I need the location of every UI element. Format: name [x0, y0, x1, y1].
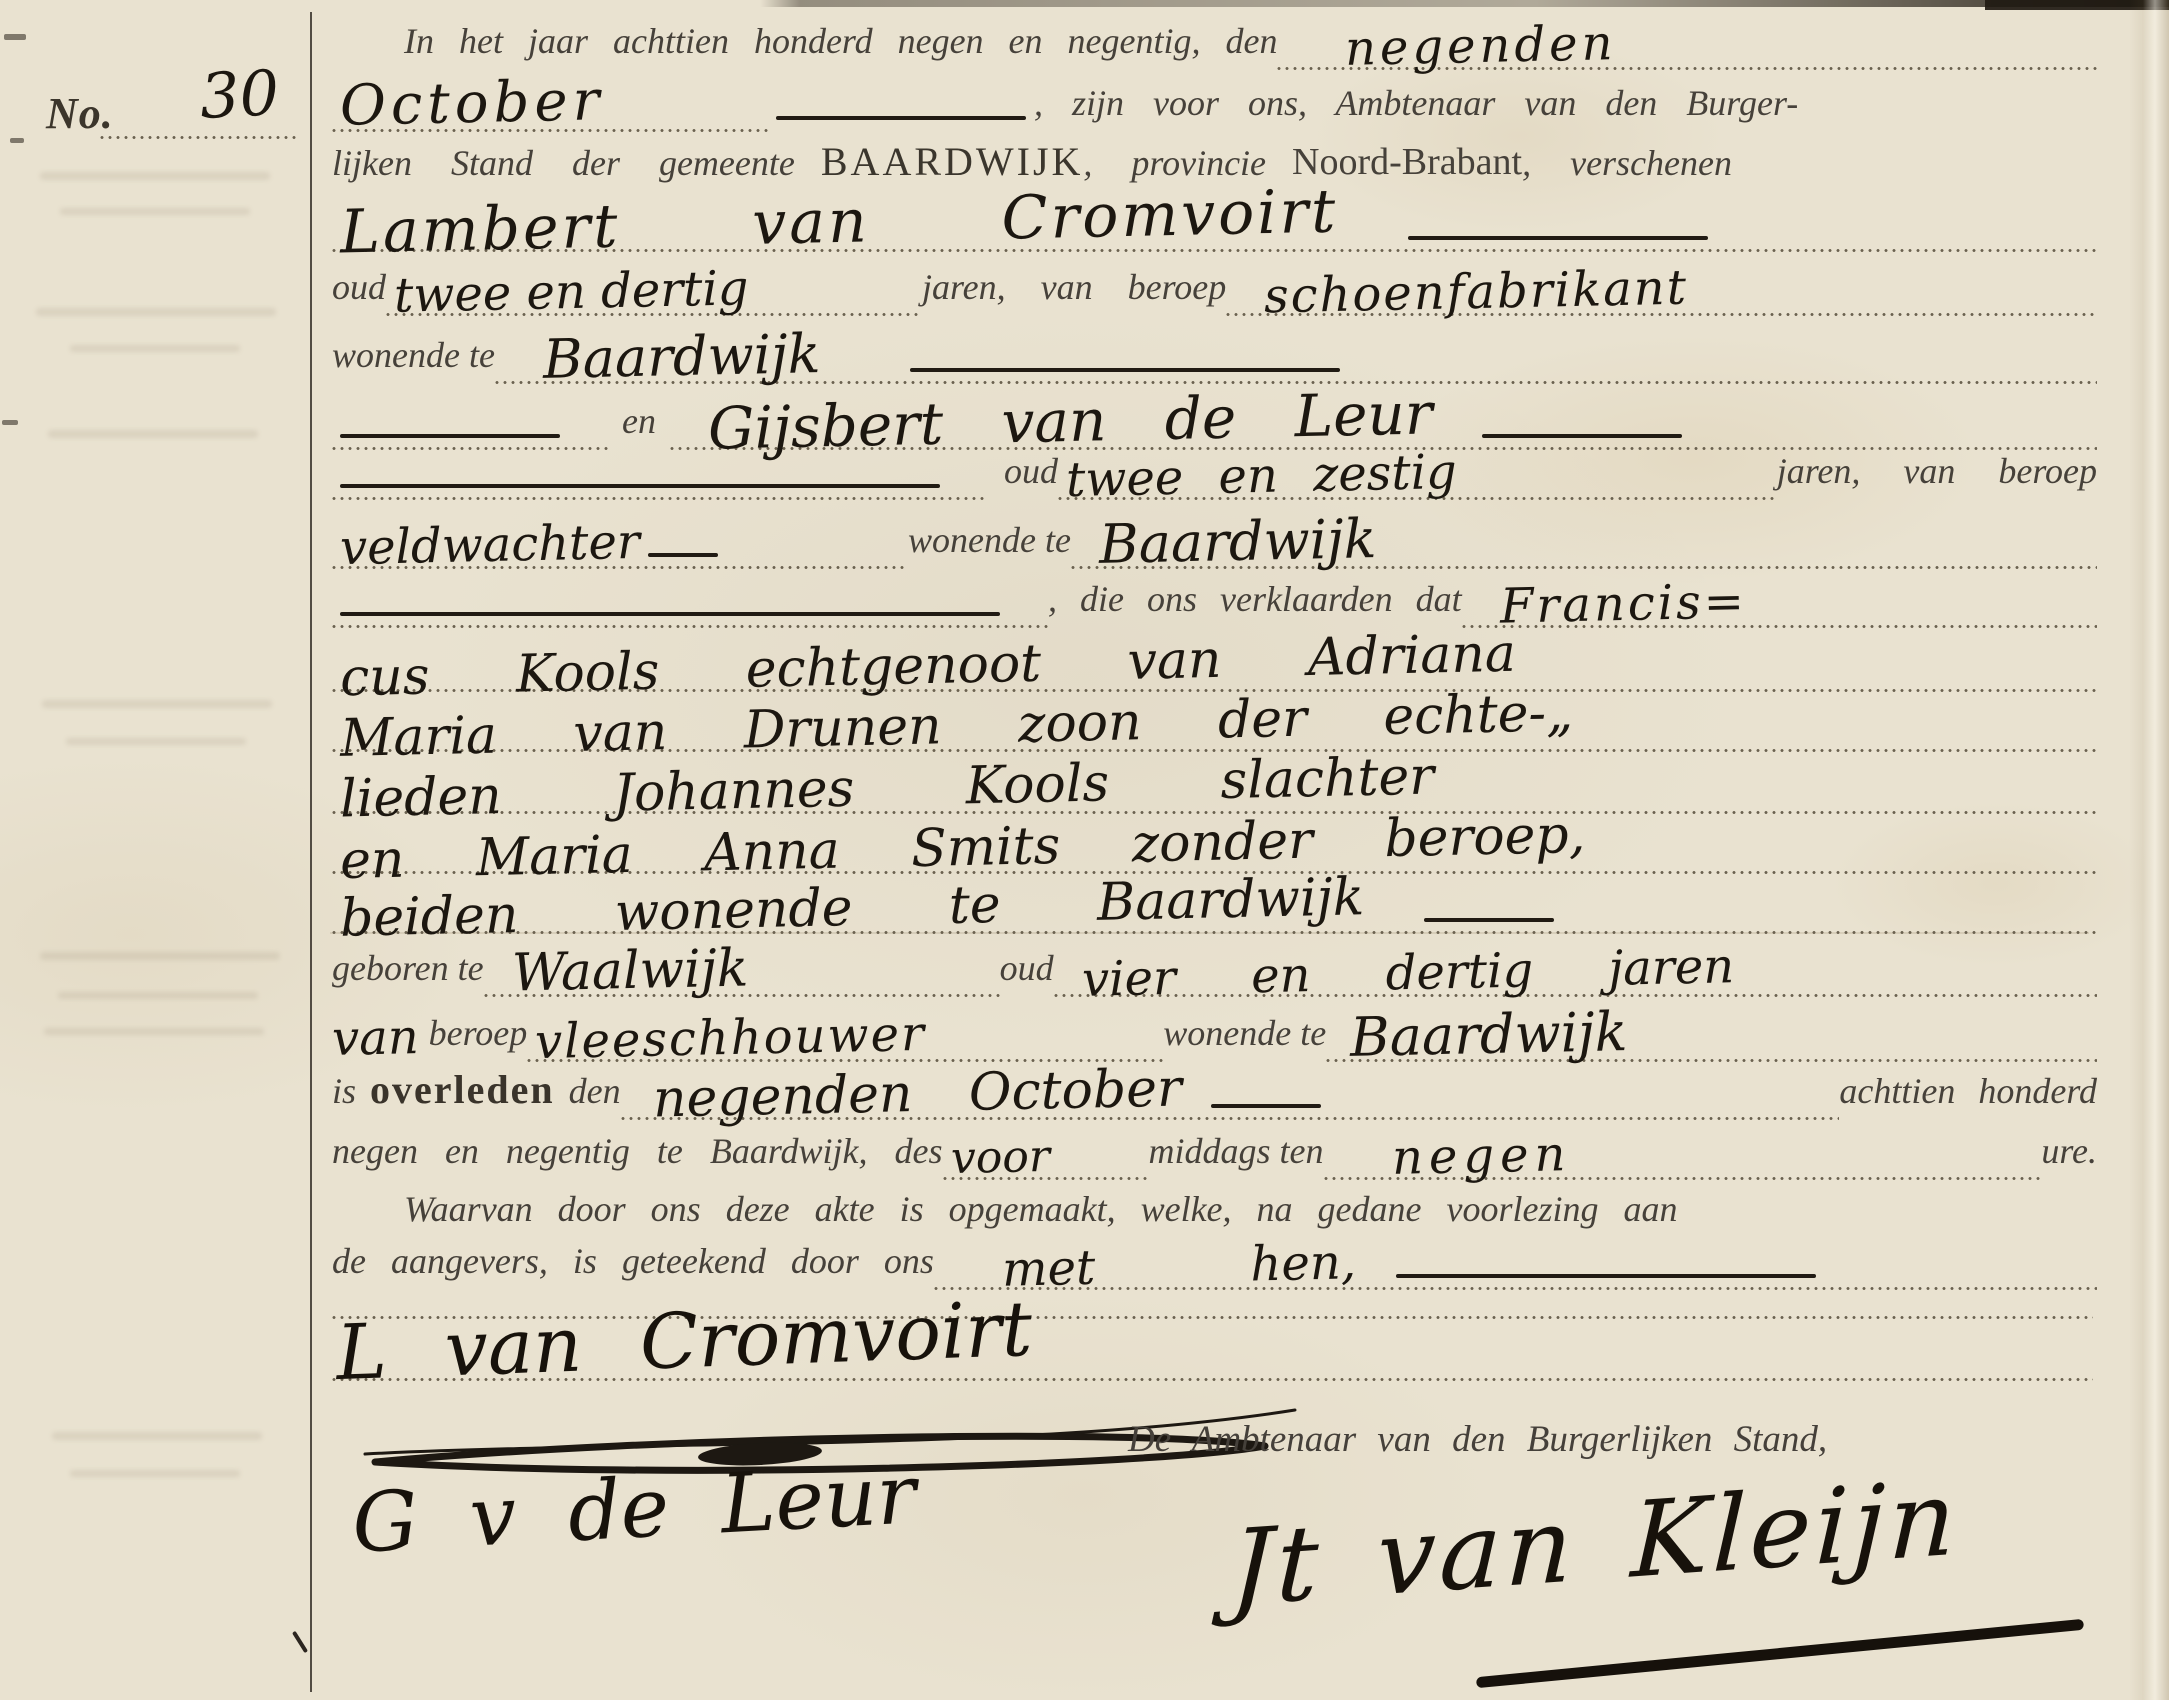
fill-in-occupation-1: schoenfabrikant [1226, 268, 2097, 316]
act-line-19: negen en negentig te Baardwijk, des voor… [332, 1132, 2097, 1180]
printed-text: oud [1004, 452, 1058, 500]
ink-stroke [340, 434, 560, 438]
act-line-17: van beroep vleeschhouwer wonende te Baar… [332, 1008, 2097, 1062]
registrar-signature-flourish [1476, 1619, 2084, 1688]
act-line-1: In het jaar achttien honderd negen en ne… [332, 22, 2097, 70]
act-line-15: beiden wonende te Baardwijk [332, 882, 2097, 934]
handwritten-hour: negen [1391, 1130, 1571, 1182]
handwritten-age-2: twee en zestig [1066, 448, 1458, 504]
ink-bleed [66, 738, 246, 745]
printed-text: en [622, 402, 656, 450]
printed-text: , verschenen [1522, 144, 1732, 192]
act-line-8: oud twee en zestig jaren, van beroep [332, 452, 2097, 500]
handwritten-daypart: voor [950, 1135, 1050, 1181]
printed-text: wonende te [908, 521, 1071, 569]
ink-stroke [340, 484, 940, 488]
printed-text: , die ons verklaarden dat [1048, 580, 1462, 628]
act-line-10: , die ons verklaarden dat Francis= [332, 580, 2097, 628]
declaration-line: en Maria Anna Smits zonder beroep, [332, 822, 2097, 874]
printed-text: geboren te [332, 949, 484, 997]
ink-stroke [1211, 1104, 1321, 1108]
death-certificate-scan: No. 30 In het jaar achttien honderd nege… [0, 0, 2169, 1700]
ink-bleed [48, 430, 258, 438]
act-line-18: is overleden den negenden October achtti… [332, 1068, 2097, 1120]
fill-in-hour: negen [1324, 1132, 2042, 1180]
act-line-6: wonende te Baardwijk [332, 330, 2097, 384]
fill-in-death-date: negenden October [621, 1068, 1840, 1120]
act-line-20: Waarvan door ons deze akte is opgemaakt,… [332, 1190, 2097, 1238]
act-line-11: cus Kools echtgenoot van Adriana [332, 640, 2097, 692]
ink-bleed [42, 700, 272, 708]
fill-in-declarant-2: Gijsbert van de Leur [670, 392, 2097, 450]
handwritten-occupation-1: schoenfabrikant [1264, 264, 1689, 321]
fill-in-signing-note: met hen, [934, 1242, 2097, 1290]
blank-filler [332, 484, 988, 500]
handwritten-death-date: negenden October [652, 1062, 1182, 1125]
ink-bleed [36, 308, 276, 316]
registrar-title: De Ambtenaar van den Burgerlijken Stand, [1128, 1418, 1827, 1461]
ink-bleed [40, 172, 270, 180]
fill-in-deceased-name-start: Francis= [1462, 580, 2097, 628]
fill-in-deceased-age: vier en dertig jaren [1054, 949, 2097, 997]
act-number-dotted-line [100, 136, 300, 139]
scan-speck [2, 420, 18, 425]
fill-in-declarant-1: Lambert van Cromvoirt [332, 192, 2097, 252]
act-line-13: lieden Johannes Kools slachter [332, 762, 2097, 814]
printed-text: jaren, van beroep [1777, 452, 2097, 500]
act-line-2: October , zijn voor ons, Ambtenaar van d… [332, 76, 2097, 132]
printed-text: achttien honderd [1839, 1072, 2097, 1120]
fill-in-residence-2: Baardwijk [1071, 515, 2097, 569]
paper-right-edge [2129, 0, 2169, 1700]
declaration-line: Maria van Drunen zoon der echte-„ [332, 700, 2097, 752]
printed-text: beroep [429, 1014, 528, 1062]
blank-filler [332, 434, 608, 450]
ink-stroke [1408, 236, 1708, 240]
ink-stroke [1396, 1274, 1816, 1278]
declaration-line: cus Kools echtgenoot van Adriana [332, 640, 2097, 692]
declaration-line: beiden wonende te Baardwijk [332, 882, 2097, 934]
handwritten-signing-note: met hen, [1001, 1238, 1356, 1293]
ink-bleed [40, 952, 280, 960]
printed-text: jaren, van beroep [922, 268, 1226, 316]
handwritten-age-1: twee en dertig [394, 264, 749, 319]
handwritten-day: negenden [1345, 19, 1617, 73]
handwritten-deceased-occupation: vleeschhouwer [535, 1010, 927, 1066]
fill-in-day: negenden [1277, 22, 2097, 70]
printed-overleden: overleden [370, 1068, 555, 1120]
fill-in-month: October [332, 76, 768, 132]
fill-in-age-2: twee en zestig [1058, 452, 1777, 500]
scan-speck [4, 34, 26, 40]
handwritten-birthplace: Waalwijk [511, 943, 748, 1000]
fill-in-residence-1: Baardwijk [495, 330, 2097, 384]
printed-text: negen en negentig te Baardwijk, des [332, 1132, 943, 1180]
act-line-5: oud twee en dertig jaren, van beroep sch… [332, 268, 2097, 316]
ink-stroke [648, 553, 718, 557]
handwritten-van: van [332, 1013, 420, 1063]
fill-in-birthplace: Waalwijk [484, 945, 1000, 997]
fill-in-occupation-2: veldwachter [332, 521, 908, 569]
handwritten-month: October [339, 73, 604, 135]
scan-speck [10, 138, 24, 143]
act-number-label: No. [46, 88, 114, 139]
act-line-12: Maria van Drunen zoon der echte-„ [332, 700, 2097, 752]
fill-in-deceased-residence: Baardwijk [1326, 1008, 2097, 1062]
fill-in-age-1: twee en dertig [386, 268, 922, 316]
blank-filler [332, 612, 1048, 628]
ink-bleed [44, 1028, 264, 1035]
ink-bleed [70, 1470, 240, 1477]
act-line-14: en Maria Anna Smits zonder beroep, [332, 822, 2097, 874]
handwritten-occupation-2: veldwachter [340, 518, 641, 572]
fill-in-deceased-occupation: vleeschhouwer [527, 1014, 1163, 1062]
ink-bleed [70, 345, 240, 352]
act-line-7: en Gijsbert van de Leur [332, 392, 2097, 450]
handwritten-residence-1: Baardwijk [542, 327, 820, 387]
declaration-line: lieden Johannes Kools slachter [332, 762, 2097, 814]
act-line-16: geboren te Waalwijk oud vier en dertig j… [332, 945, 2097, 997]
act-number-value: 30 [198, 56, 281, 133]
margin-rule-tick [292, 1631, 308, 1653]
handwritten-deceased-name-start: Francis= [1499, 577, 1747, 630]
handwritten-declaration: beiden wonende te Baardwijk [340, 871, 1365, 944]
ink-stroke [910, 368, 1340, 372]
printed-text: oud [332, 268, 386, 316]
ink-bleed [60, 208, 250, 215]
handwritten-deceased-residence: Baardwijk [1350, 1005, 1628, 1065]
scan-top-edge [760, 0, 2169, 7]
printed-text: wonende te [1163, 1014, 1326, 1062]
ink-bleed [52, 1432, 262, 1440]
printed-text: middags ten [1149, 1132, 1324, 1180]
printed-text: is [332, 1072, 356, 1120]
printed-text: lijken Stand der gemeente [332, 144, 795, 192]
printed-text: de aangevers, is geteekend door ons [332, 1242, 934, 1290]
printed-text: ure. [2041, 1132, 2097, 1180]
printed-text: oud [1000, 949, 1054, 997]
handwritten-declarant-1-name: Lambert van Cromvoirt [339, 182, 1338, 263]
margin-rule [310, 12, 312, 1692]
registrar-signature: Jt van Kleijn [1229, 1456, 1962, 1630]
ink-stroke [776, 116, 1026, 120]
ink-stroke [1482, 434, 1682, 438]
printed-text: den [569, 1072, 621, 1120]
act-line-4: Lambert van Cromvoirt [332, 192, 2097, 252]
printed-text: Waarvan door ons deze akte is opgemaakt,… [404, 1190, 1677, 1238]
handwritten-deceased-age: vier en dertig jaren [1081, 942, 1734, 1004]
act-line-21: de aangevers, is geteekend door ons met … [332, 1242, 2097, 1290]
printed-text: wonende te [332, 336, 495, 384]
printed-text: , zijn voor ons, Ambtenaar van den Burge… [1034, 84, 2097, 132]
handwritten-residence-2: Baardwijk [1098, 512, 1376, 572]
ink-stroke [1424, 918, 1554, 922]
act-line-9: veldwachter wonende te Baardwijk [332, 515, 2097, 569]
fill-in-daypart: voor [943, 1136, 1149, 1180]
ink-bleed [58, 992, 258, 999]
ink-stroke [340, 612, 1000, 616]
printed-text: In het jaar achttien honderd negen en ne… [404, 22, 1277, 70]
